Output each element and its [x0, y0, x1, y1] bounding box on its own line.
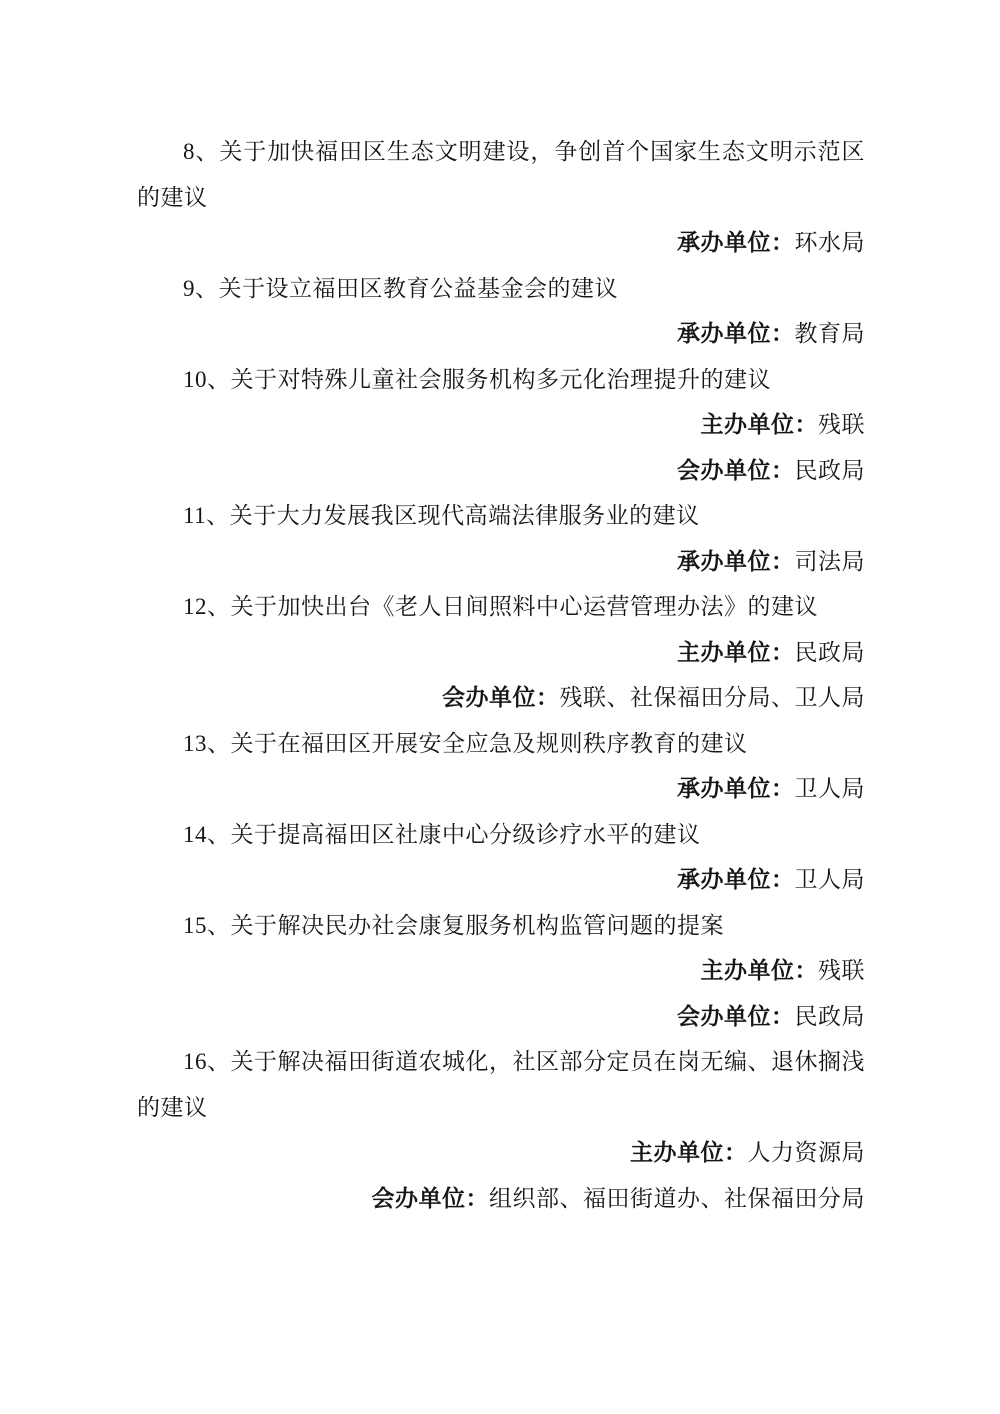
- proposal-title-line: 15、关于解决民办社会康复服务机构监管问题的提案: [137, 903, 865, 949]
- unit-line: 主办单位：民政局: [137, 630, 865, 676]
- document-page: 8、关于加快福田区生态文明建设，争创首个国家生态文明示范区 的建议 承办单位：环…: [137, 129, 865, 1221]
- unit-label: 会办单位：: [677, 458, 795, 483]
- unit-label: 承办单位：: [677, 321, 795, 346]
- unit-label: 会办单位：: [442, 685, 560, 710]
- unit-line: 主办单位：残联: [137, 948, 865, 994]
- unit-label: 会办单位：: [372, 1186, 490, 1211]
- unit-value: 民政局: [795, 458, 866, 483]
- proposal-title-line: 13、关于在福田区开展安全应急及规则秩序教育的建议: [137, 721, 865, 767]
- unit-value: 司法局: [795, 549, 866, 574]
- unit-label: 会办单位：: [677, 1004, 795, 1029]
- unit-line: 主办单位：人力资源局: [137, 1130, 865, 1176]
- proposal-title-line: 10、关于对特殊儿童社会服务机构多元化治理提升的建议: [137, 357, 865, 403]
- unit-label: 承办单位：: [677, 230, 795, 255]
- unit-line: 承办单位：教育局: [137, 311, 865, 357]
- unit-value: 组织部、福田街道办、社保福田分局: [489, 1186, 865, 1211]
- unit-value: 残联: [818, 958, 865, 983]
- proposal-title-line: 9、关于设立福田区教育公益基金会的建议: [137, 266, 865, 312]
- unit-line: 会办单位：民政局: [137, 448, 865, 494]
- proposal-item-15: 15、关于解决民办社会康复服务机构监管问题的提案 主办单位：残联 会办单位：民政…: [137, 903, 865, 1040]
- proposal-title-line: 11、关于大力发展我区现代高端法律服务业的建议: [137, 493, 865, 539]
- unit-value: 教育局: [795, 321, 866, 346]
- unit-label: 主办单位：: [701, 412, 819, 437]
- unit-line: 主办单位：残联: [137, 402, 865, 448]
- unit-value: 卫人局: [795, 776, 866, 801]
- unit-value: 残联: [818, 412, 865, 437]
- unit-value: 民政局: [795, 640, 866, 665]
- proposal-item-14: 14、关于提高福田区社康中心分级诊疗水平的建议 承办单位：卫人局: [137, 812, 865, 903]
- proposal-item-16: 16、关于解决福田街道农城化，社区部分定员在岗无编、退休搁浅 的建议 主办单位：…: [137, 1039, 865, 1221]
- unit-line: 会办单位：组织部、福田街道办、社保福田分局: [137, 1176, 865, 1222]
- proposal-title-line: 14、关于提高福田区社康中心分级诊疗水平的建议: [137, 812, 865, 858]
- unit-label: 主办单位：: [677, 640, 795, 665]
- unit-line: 承办单位：环水局: [137, 220, 865, 266]
- proposal-item-12: 12、关于加快出台《老人日间照料中心运营管理办法》的建议 主办单位：民政局 会办…: [137, 584, 865, 721]
- proposal-title-line: 12、关于加快出台《老人日间照料中心运营管理办法》的建议: [137, 584, 865, 630]
- proposal-item-8: 8、关于加快福田区生态文明建设，争创首个国家生态文明示范区 的建议 承办单位：环…: [137, 129, 865, 266]
- proposal-item-10: 10、关于对特殊儿童社会服务机构多元化治理提升的建议 主办单位：残联 会办单位：…: [137, 357, 865, 494]
- unit-label: 主办单位：: [630, 1140, 748, 1165]
- unit-value: 人力资源局: [748, 1140, 866, 1165]
- unit-value: 民政局: [795, 1004, 866, 1029]
- unit-value: 环水局: [795, 230, 866, 255]
- unit-line: 承办单位：司法局: [137, 539, 865, 585]
- proposal-item-9: 9、关于设立福田区教育公益基金会的建议 承办单位：教育局: [137, 266, 865, 357]
- proposal-title-line: 16、关于解决福田街道农城化，社区部分定员在岗无编、退休搁浅: [137, 1039, 865, 1085]
- proposal-title-continuation: 的建议: [137, 1085, 865, 1131]
- proposal-item-13: 13、关于在福田区开展安全应急及规则秩序教育的建议 承办单位：卫人局: [137, 721, 865, 812]
- unit-line: 会办单位：民政局: [137, 994, 865, 1040]
- unit-label: 承办单位：: [677, 549, 795, 574]
- unit-label: 承办单位：: [677, 867, 795, 892]
- unit-value: 残联、社保福田分局、卫人局: [560, 685, 866, 710]
- unit-value: 卫人局: [795, 867, 866, 892]
- unit-label: 主办单位：: [701, 958, 819, 983]
- unit-line: 承办单位：卫人局: [137, 857, 865, 903]
- unit-label: 承办单位：: [677, 776, 795, 801]
- proposal-title-line: 8、关于加快福田区生态文明建设，争创首个国家生态文明示范区: [137, 129, 865, 175]
- proposal-title-continuation: 的建议: [137, 175, 865, 221]
- proposal-item-11: 11、关于大力发展我区现代高端法律服务业的建议 承办单位：司法局: [137, 493, 865, 584]
- unit-line: 承办单位：卫人局: [137, 766, 865, 812]
- unit-line: 会办单位：残联、社保福田分局、卫人局: [137, 675, 865, 721]
